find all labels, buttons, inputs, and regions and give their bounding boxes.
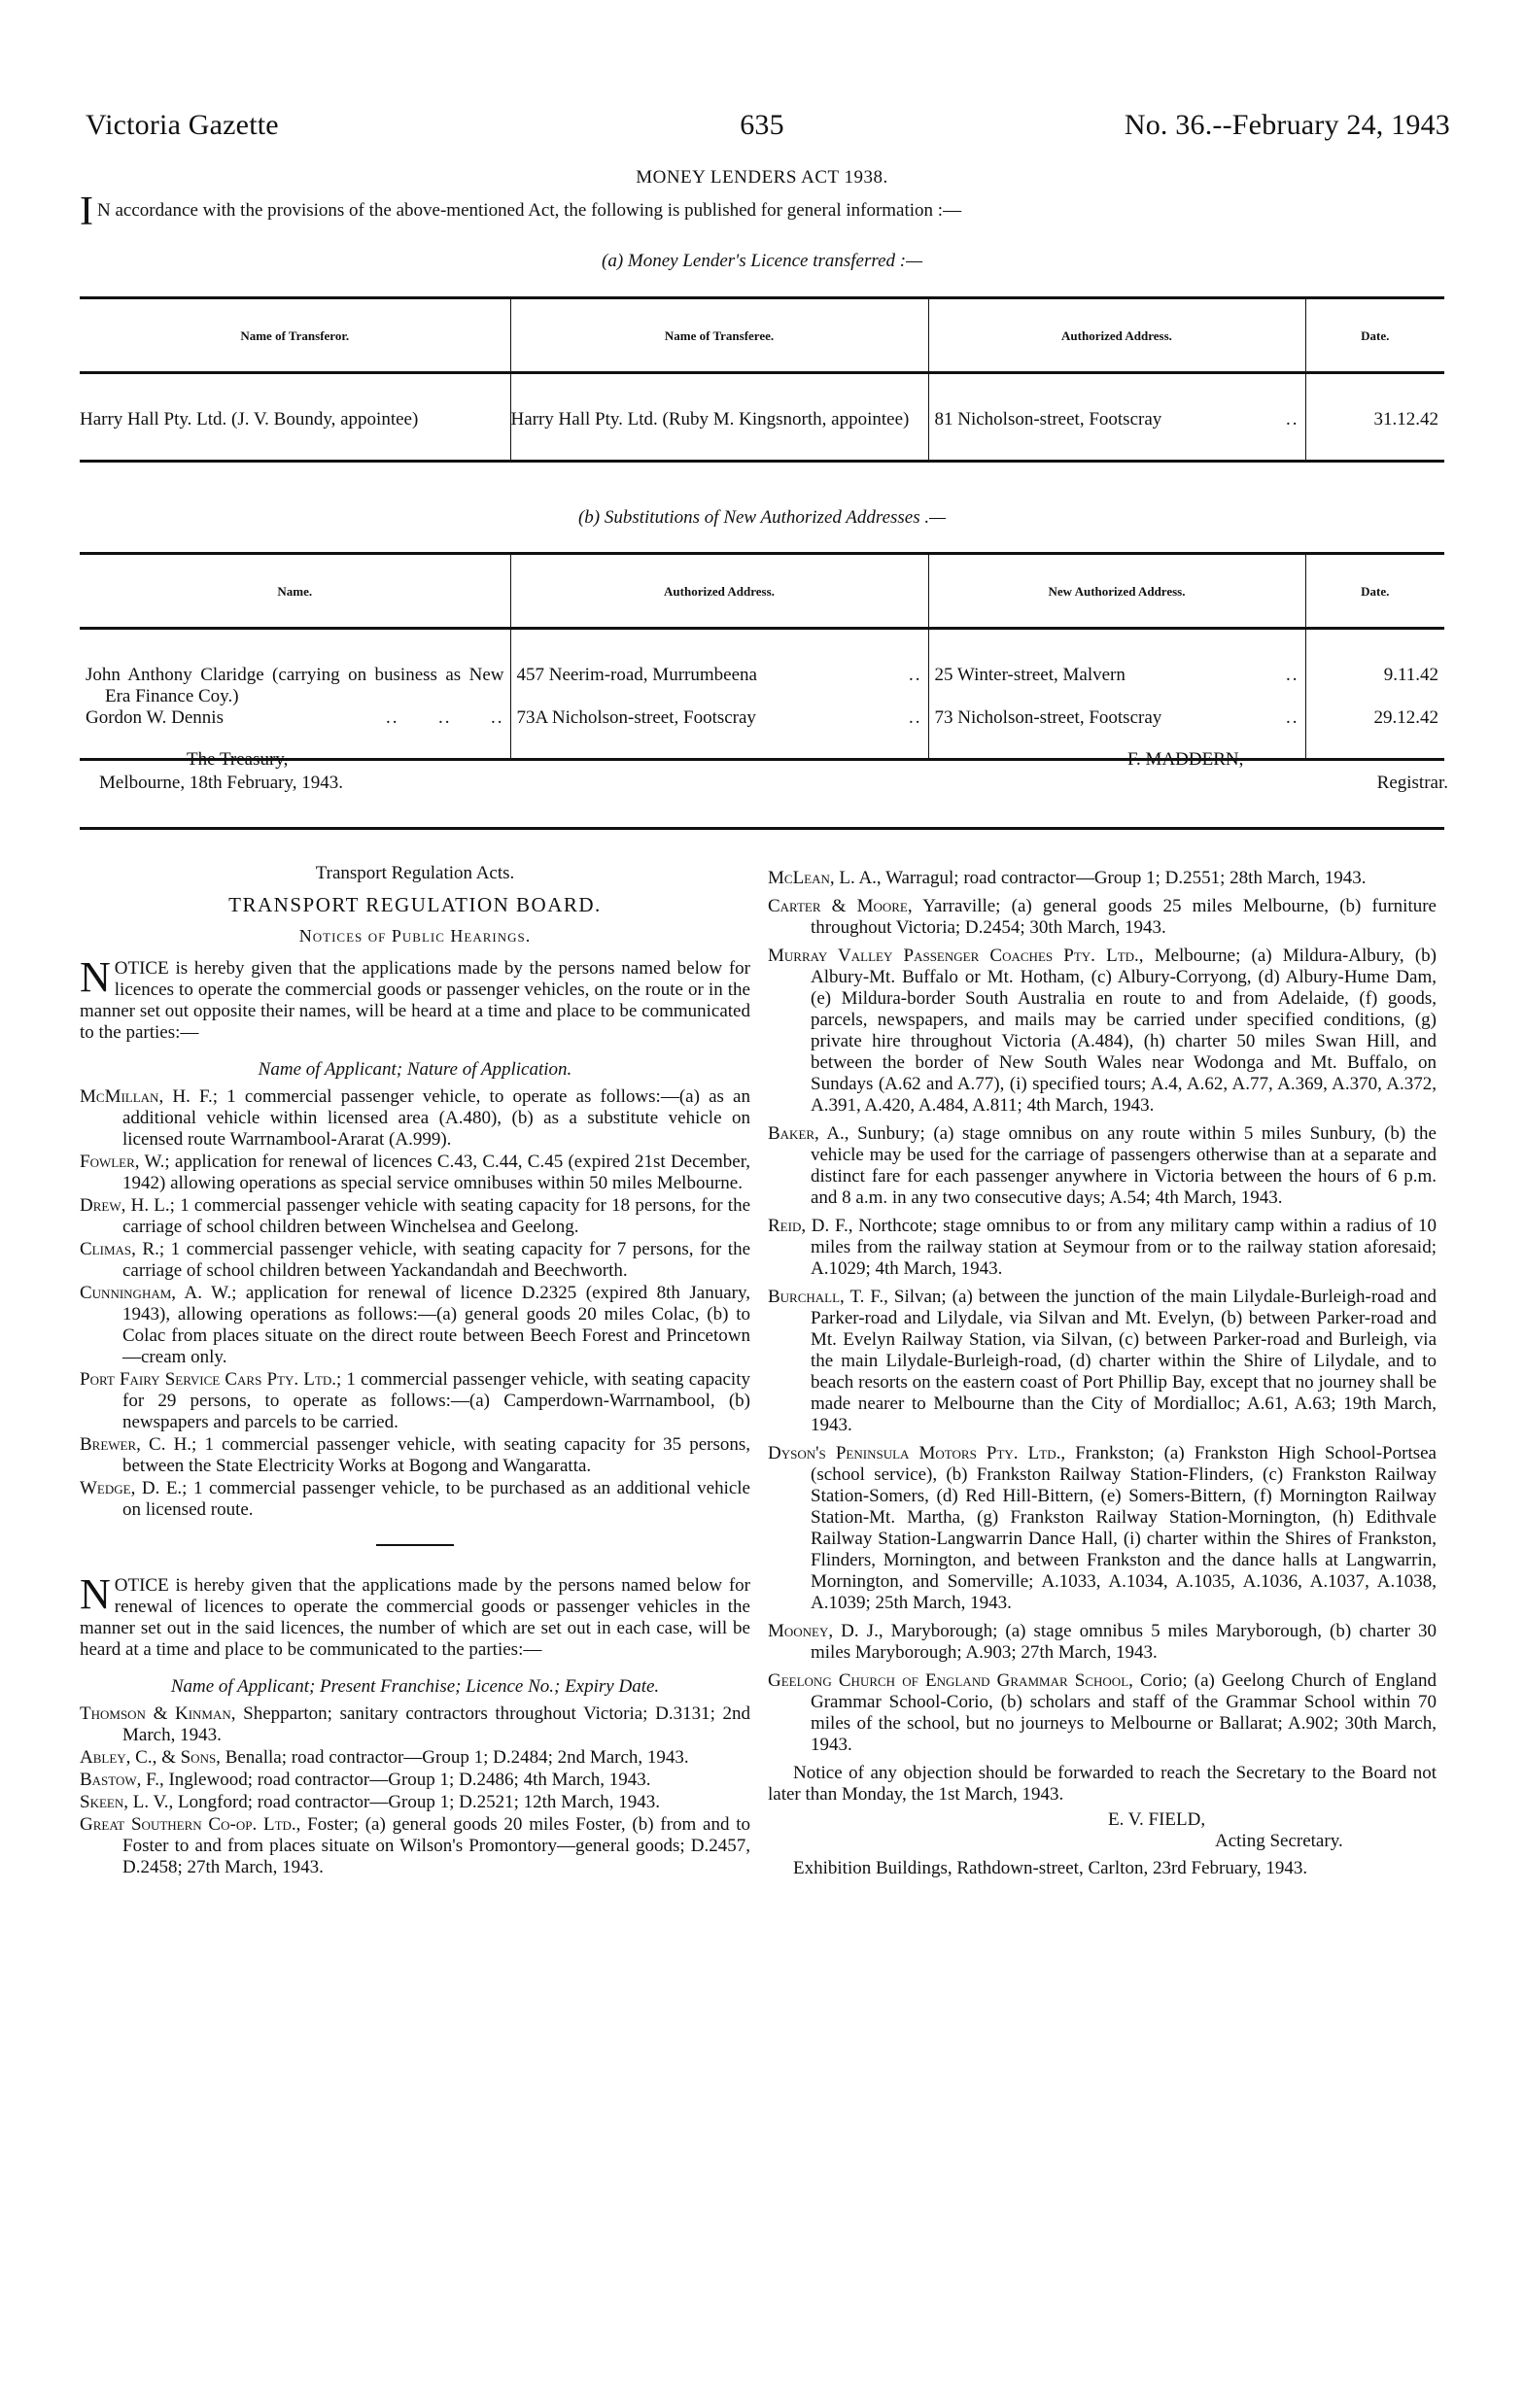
list-item: Abley, C., & Sons, Benalla; road contrac… (80, 1747, 750, 1769)
application-details: Warragul; road contractor—Group 1; D.255… (882, 868, 1367, 888)
applicant-name: Drew, H. L.; (80, 1195, 175, 1216)
applicant-name: Great Southern Co-op. Ltd., (80, 1814, 300, 1835)
list-item: Climas, R.; 1 commercial passenger vehic… (80, 1239, 750, 1282)
list-item: Skeen, L. V., Longford; road contractor—… (80, 1792, 750, 1813)
notice-text: OTICE is hereby given that the applicati… (80, 958, 750, 1043)
application-details: Inglewood; road contractor—Group 1; D.24… (164, 1770, 651, 1790)
date-entry: 9.11.42 (1312, 665, 1439, 686)
column-header: Name of Transferee. (510, 298, 928, 373)
notice-text: OTICE is hereby given that the applicati… (80, 1575, 750, 1660)
transport-right-column: McLean, L. A., Warragul; road contractor… (768, 868, 1437, 1879)
leader-dots: .. .. .. (386, 707, 504, 729)
list-item: Fowler, W.; application for renewal of l… (80, 1152, 750, 1194)
column-header: Date. (1305, 554, 1444, 629)
notice-divider (376, 1544, 454, 1546)
applicant-name: Wedge, D. E.; (80, 1478, 187, 1498)
list-item: Mooney, D. J., Maryborough; (a) stage om… (768, 1621, 1437, 1664)
applicant-name: Cunningham, A. W.; (80, 1283, 236, 1303)
address-substitution-table: Name. Authorized Address. New Authorized… (80, 552, 1444, 761)
transport-acts-title: Transport Regulation Acts. (80, 863, 750, 884)
applicant-name: Carter & Moore, (768, 896, 913, 916)
registrar-signature: F. MADDERN, Registrar. (1127, 748, 1458, 795)
renewal-column-heading: Name of Applicant; Present Franchise; Li… (80, 1676, 750, 1698)
list-item: Dyson's Peninsula Motors Pty. Ltd., Fran… (768, 1443, 1437, 1614)
list-item: Great Southern Co-op. Ltd., Foster; (a) … (80, 1814, 750, 1878)
applicant-name: Reid, D. F., (768, 1216, 853, 1236)
old-address-cell: ..457 Neerim-road, Murrumbeena ..73A Nic… (510, 629, 928, 760)
section-b-heading: (b) Substitutions of New Authorized Addr… (0, 507, 1524, 529)
table-row: John Anthony Claridge (carrying on busin… (80, 629, 1444, 760)
list-item: Bastow, F., Inglewood; road contractor—G… (80, 1770, 750, 1791)
applicant-name: Fowler, W.; (80, 1152, 170, 1172)
name-cell: John Anthony Claridge (carrying on busin… (80, 629, 510, 760)
application-details: Longford; road contractor—Group 1; D.252… (173, 1792, 660, 1812)
date-cell: 9.11.42 29.12.42 (1305, 629, 1444, 760)
board-address: Exhibition Buildings, Rathdown-street, C… (768, 1858, 1437, 1879)
column-header: Name of Transferor. (80, 298, 510, 373)
column-header: New Authorized Address. (928, 554, 1305, 629)
applicant-name: Baker, A., (768, 1123, 849, 1144)
date-entry: 29.12.42 (1312, 707, 1439, 729)
application-details: 1 commercial passenger vehicle, to be pu… (122, 1478, 750, 1520)
money-lenders-intro: IN accordance with the provisions of the… (80, 200, 1460, 229)
column-header: Date. (1305, 298, 1444, 373)
money-lenders-act-title: MONEY LENDERS ACT 1938. (0, 167, 1524, 189)
list-item: Port Fairy Service Cars Pty. Ltd.; 1 com… (80, 1369, 750, 1433)
address-text: 81 Nicholson-street, Footscray (935, 409, 1162, 430)
list-item: Brewer, C. H.; 1 commercial passenger ve… (80, 1434, 750, 1477)
section-a-heading: (a) Money Lender's Licence transferred :… (0, 251, 1524, 272)
column-header: Authorized Address. (928, 298, 1305, 373)
applicant-name: Skeen, L. V., (80, 1792, 173, 1812)
address-cell: ..81 Nicholson-street, Footscray (928, 373, 1305, 462)
intro-text: N accordance with the provisions of the … (97, 200, 961, 221)
treasury-signature-place: The Treasury, Melbourne, 18th February, … (80, 748, 488, 795)
application-details: Frankston; (a) Frankston High School-Por… (811, 1443, 1437, 1613)
column-header: Authorized Address. (510, 554, 928, 629)
drop-cap: I (80, 196, 93, 229)
list-item: Thomson & Kinman, Shepparton; sanitary c… (80, 1703, 750, 1746)
date-cell: 31.12.42 (1305, 373, 1444, 462)
application-details: 1 commercial passenger vehicle, with sea… (122, 1239, 750, 1281)
list-item: Wedge, D. E.; 1 commercial passenger veh… (80, 1478, 750, 1521)
applicant-name: Dyson's Peninsula Motors Pty. Ltd., (768, 1443, 1065, 1463)
applicant-list: McMillan, H. F.; 1 commercial passenger … (80, 1086, 750, 1521)
column-header: Name. (80, 554, 510, 629)
renewal-list-left: Thomson & Kinman, Shepparton; sanitary c… (80, 1703, 750, 1878)
list-item: Cunningham, A. W.; application for renew… (80, 1283, 750, 1368)
old-address-entry: ..457 Neerim-road, Murrumbeena (517, 665, 922, 686)
new-address-entry: ..73 Nicholson-street, Footscray (935, 707, 1299, 729)
drop-cap: N (80, 961, 111, 993)
application-details: Sunbury; (a) stage omnibus on any route … (811, 1123, 1437, 1208)
licence-transfer-table: Name of Transferor. Name of Transferee. … (80, 296, 1444, 463)
transport-left-column: Transport Regulation Acts. TRANSPORT REG… (80, 863, 750, 1879)
section-divider (80, 827, 1444, 830)
list-item: Drew, H. L.; 1 commercial passenger vehi… (80, 1195, 750, 1238)
notice-renewals: NOTICE is hereby given that the applicat… (80, 1575, 750, 1661)
applicant-name: Port Fairy Service Cars Pty. Ltd.; (80, 1369, 341, 1390)
secretary-signature: E. V. FIELD, Acting Secretary. (768, 1809, 1437, 1852)
applicant-name: Climas, R.; (80, 1239, 164, 1259)
application-details: Northcote; stage omnibus to or from any … (811, 1216, 1437, 1279)
applicant-name: Geelong Church of England Grammar School… (768, 1670, 1133, 1691)
renewal-list-right: McLean, L. A., Warragul; road contractor… (768, 868, 1437, 1756)
notice-new-applications: NOTICE is hereby given that the applicat… (80, 958, 750, 1044)
new-address-cell: ..25 Winter-street, Malvern ..73 Nichols… (928, 629, 1305, 760)
application-details: 1 commercial passenger vehicle, with sea… (122, 1434, 750, 1476)
transferor-cell: Harry Hall Pty. Ltd. (J. V. Boundy, appo… (80, 373, 510, 462)
applicant-name: McLean, L. A., (768, 868, 882, 888)
old-address-entry: ..73A Nicholson-street, Footscray (517, 707, 922, 729)
application-details: Melbourne; (a) Mildura-Albury, (b) Albur… (811, 946, 1437, 1116)
list-item: Burchall, T. F., Silvan; (a) between the… (768, 1287, 1437, 1436)
applicant-name: Brewer, C. H.; (80, 1434, 196, 1455)
drop-cap: N (80, 1578, 111, 1610)
applicant-name: Bastow, F., (80, 1770, 164, 1790)
transport-board-title: TRANSPORT REGULATION BOARD. (80, 894, 750, 915)
applicant-name: Murray Valley Passenger Coaches Pty. Ltd… (768, 946, 1144, 966)
applicant-name: Abley, C., & Sons, (80, 1747, 221, 1768)
objection-notice: Notice of any objection should be forwar… (768, 1763, 1437, 1806)
application-details: 1 commercial passenger vehicle with seat… (122, 1195, 750, 1237)
application-details: Maryborough; (a) stage omnibus 5 miles M… (811, 1621, 1437, 1663)
transferee-cell: Harry Hall Pty. Ltd. (Ruby M. Kingsnorth… (510, 373, 928, 462)
list-item: Murray Valley Passenger Coaches Pty. Ltd… (768, 946, 1437, 1117)
list-item: Geelong Church of England Grammar School… (768, 1670, 1437, 1756)
name-entry: John Anthony Claridge (carrying on busin… (86, 665, 504, 707)
applicant-name: McMillan, H. F.; (80, 1086, 218, 1107)
applicant-column-heading: Name of Applicant; Nature of Application… (80, 1059, 750, 1081)
table-header-row: Name of Transferor. Name of Transferee. … (80, 298, 1444, 373)
new-address-entry: ..25 Winter-street, Malvern (935, 665, 1299, 686)
name-entry: .. .. ..Gordon W. Dennis (86, 707, 504, 729)
board-closing: Notice of any objection should be forwar… (768, 1763, 1437, 1879)
application-details: Benalla; road contractor—Group 1; D.2484… (221, 1747, 689, 1768)
table-row: Harry Hall Pty. Ltd. (J. V. Boundy, appo… (80, 373, 1444, 462)
list-item: Baker, A., Sunbury; (a) stage omnibus on… (768, 1123, 1437, 1209)
leader-dots: .. (1286, 409, 1299, 430)
list-item: McMillan, H. F.; 1 commercial passenger … (80, 1086, 750, 1151)
list-item: Carter & Moore, Yarraville; (a) general … (768, 896, 1437, 939)
application-details: Silvan; (a) between the junction of the … (811, 1287, 1437, 1435)
applicant-name: Burchall, T. F., (768, 1287, 888, 1307)
list-item: Reid, D. F., Northcote; stage omnibus to… (768, 1216, 1437, 1280)
table-header-row: Name. Authorized Address. New Authorized… (80, 554, 1444, 629)
application-details: application for renewal of licences C.43… (122, 1152, 750, 1193)
issue-date: No. 36.--February 24, 1943 (1125, 109, 1450, 142)
notices-title: Notices of Public Hearings. (80, 925, 750, 946)
applicant-name: Thomson & Kinman, (80, 1703, 236, 1724)
list-item: McLean, L. A., Warragul; road contractor… (768, 868, 1437, 889)
applicant-name: Mooney, D. J., (768, 1621, 883, 1641)
